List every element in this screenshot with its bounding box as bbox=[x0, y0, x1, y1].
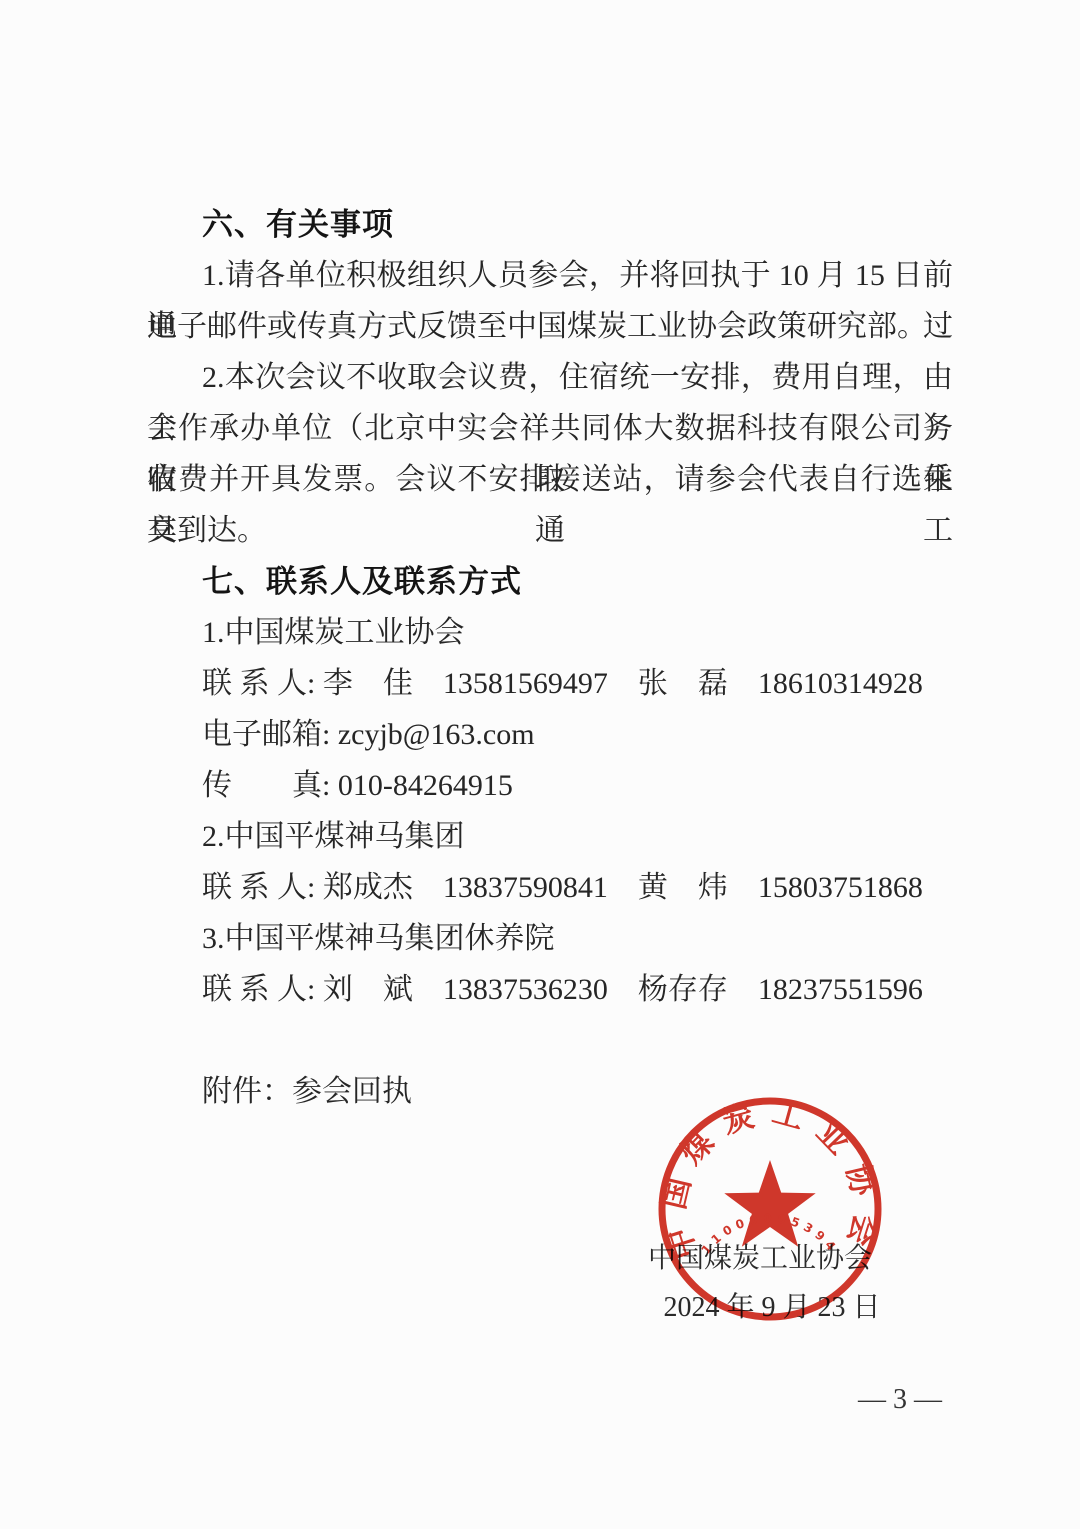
page-number: — 3 — bbox=[845, 1384, 955, 1416]
svg-text:11000005394: 11000005394 bbox=[699, 1211, 842, 1257]
para-1-line-1: 1.请各单位积极组织人员参会，并将回执于 10 月 15 日前通过 bbox=[147, 250, 953, 301]
contact-persons-3: 联 系 人: 刘 斌 13837536230 杨存存 18237551596 bbox=[147, 964, 953, 1015]
para-1-line-2: 电子邮件或传真方式反馈至中国煤炭工业协会政策研究部。 bbox=[147, 301, 953, 352]
contact-persons-1: 联 系 人: 李 佳 13581569497 张 磊 18610314928 bbox=[147, 658, 953, 709]
para-2-line-3: 宿费并开具发票。会议不安排接送站，请参会代表自行选乘交通工 bbox=[147, 454, 953, 505]
para-2-line-2: 工作承办单位（北京中实会祥共同体大数据科技有限公司）收取住 bbox=[147, 403, 953, 454]
para-2-line-1: 2.本次会议不收取会议费，住宿统一安排，费用自理，由会务 bbox=[147, 352, 953, 403]
document-body: 六、有关事项 1.请各单位积极组织人员参会，并将回执于 10 月 15 日前通过… bbox=[147, 199, 953, 1117]
section-7-heading: 七、联系人及联系方式 bbox=[147, 556, 953, 607]
document-page: 六、有关事项 1.请各单位积极组织人员参会，并将回执于 10 月 15 日前通过… bbox=[0, 0, 1080, 1529]
section-6-heading: 六、有关事项 bbox=[147, 199, 953, 250]
official-seal: 中国煤炭工业协会 11000005394 bbox=[650, 1089, 890, 1329]
contact-persons-2: 联 系 人: 郑成杰 13837590841 黄 炜 15803751868 bbox=[147, 862, 953, 913]
contact-email: 电子邮箱: zcyjb@163.com bbox=[147, 709, 953, 760]
contact-org-2: 2.中国平煤神马集团 bbox=[147, 811, 953, 862]
star-icon bbox=[724, 1160, 815, 1247]
seal-code: 11000005394 bbox=[699, 1211, 842, 1257]
contact-fax: 传 真: 010-84264915 bbox=[147, 760, 953, 811]
contact-org-3: 3.中国平煤神马集团休养院 bbox=[147, 913, 953, 964]
contact-org-1: 1.中国煤炭工业协会 bbox=[147, 607, 953, 658]
